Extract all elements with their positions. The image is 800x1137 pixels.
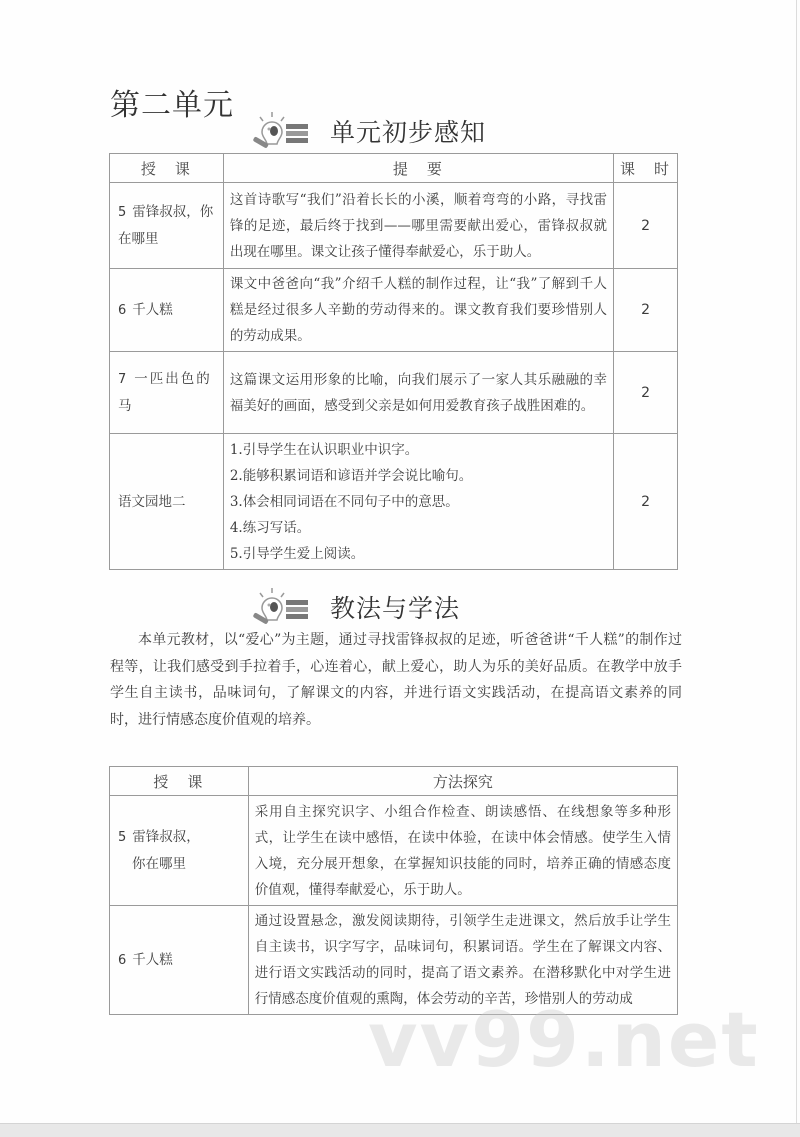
intro-paragraph: 本单元教材，以“爱心”为主题，通过寻找雷锋叔叔的足迹，听爸爸讲“千人糕”的制作过… [110, 627, 682, 733]
document-page: 第二单元 单元初步感知 授 课 提 要 课 时 5雷锋叔叔，你在哪里 这首诗歌写… [0, 0, 797, 1123]
lesson-number: 6 [118, 303, 126, 318]
lesson-title: 千人糕 [132, 302, 173, 318]
table-header-row: 授 课 方法探究 [110, 767, 678, 796]
header-method: 方法探究 [248, 767, 677, 796]
lesson-cell: 5雷锋叔叔， 你在哪里 [110, 796, 249, 906]
lesson-cell: 6千人糕 [110, 906, 249, 1015]
lightbulb-books-icon [250, 586, 312, 628]
lesson-number: 7 [118, 372, 128, 387]
section-heading-methods: 教法与学法 [250, 586, 460, 628]
lesson-cell: 5雷锋叔叔，你在哪里 [110, 183, 224, 269]
header-lesson: 授 课 [110, 767, 249, 796]
header-lesson: 授 课 [110, 154, 224, 183]
hours-cell: 2 [614, 269, 678, 352]
method-cell: 采用自主探究识字、小组合作检查、朗读感悟、在线想象等多种形式，让学生在读中感悟，… [248, 796, 677, 906]
lesson-number: 5 [118, 205, 126, 220]
lesson-number: 5 [118, 830, 126, 845]
watermark: vv99.net [368, 995, 760, 1084]
unit-title: 第二单元 [110, 80, 234, 124]
lesson-title-cont: 你在哪里 [118, 851, 248, 877]
unit-overview-table: 授 课 提 要 课 时 5雷锋叔叔，你在哪里 这首诗歌写“我们”沿着长长的小溪，… [109, 153, 678, 570]
lesson-title: 雷锋叔叔，你在哪里 [118, 204, 213, 247]
section-heading-overview: 单元初步感知 [250, 110, 486, 152]
objectives-cell: 1.引导学生在认识职业中识字。 2.能够积累词语和谚语并学会说比喻句。 3.体会… [223, 434, 613, 570]
objective-item: 2.能够积累词语和谚语并学会说比喻句。 [230, 463, 607, 489]
lesson-title: 千人糕 [132, 952, 173, 968]
table-row: 6千人糕 课文中爸爸向“我”介绍千人糕的制作过程，让“我”了解到千人糕是经过很多… [110, 269, 678, 352]
hours-cell: 2 [614, 434, 678, 570]
hours-cell: 2 [614, 352, 678, 434]
table-row: 7一匹出色的马 这篇课文运用形象的比喻，向我们展示了一家人其乐融融的幸福美好的画… [110, 352, 678, 434]
table-row: 语文园地二 1.引导学生在认识职业中识字。 2.能够积累词语和谚语并学会说比喻句… [110, 434, 678, 570]
section-title: 教法与学法 [330, 589, 460, 625]
summary-cell: 课文中爸爸向“我”介绍千人糕的制作过程，让“我”了解到千人糕是经过很多人辛勤的劳… [223, 269, 613, 352]
page-bottom-edge [0, 1123, 800, 1137]
lesson-title: 雷锋叔叔， [132, 829, 200, 845]
lesson-cell: 7一匹出色的马 [110, 352, 224, 434]
table-row: 5雷锋叔叔，你在哪里 这首诗歌写“我们”沿着长长的小溪，顺着弯弯的小路，寻找雷锋… [110, 183, 678, 269]
summary-cell: 这篇课文运用形象的比喻，向我们展示了一家人其乐融融的幸福美好的画面，感受到父亲是… [223, 352, 613, 434]
lesson-number: 6 [118, 953, 126, 968]
lesson-cell: 6千人糕 [110, 269, 224, 352]
objective-item: 5.引导学生爱上阅读。 [230, 541, 607, 567]
objective-item: 3.体会相同词语在不同句子中的意思。 [230, 489, 607, 515]
section-title: 单元初步感知 [330, 113, 486, 149]
summary-cell: 这首诗歌写“我们”沿着长长的小溪，顺着弯弯的小路，寻找雷锋的足迹，最后终于找到—… [223, 183, 613, 269]
objective-item: 1.引导学生在认识职业中识字。 [230, 437, 607, 463]
header-summary: 提 要 [223, 154, 613, 183]
lesson-cell: 语文园地二 [110, 434, 224, 570]
table-header-row: 授 课 提 要 课 时 [110, 154, 678, 183]
lesson-title: 一匹出色的马 [118, 371, 212, 414]
lightbulb-books-icon [250, 110, 312, 152]
table-row: 5雷锋叔叔， 你在哪里 采用自主探究识字、小组合作检查、朗读感悟、在线想象等多种… [110, 796, 678, 906]
objective-item: 4.练习写话。 [230, 515, 607, 541]
hours-cell: 2 [614, 183, 678, 269]
teaching-methods-table: 授 课 方法探究 5雷锋叔叔， 你在哪里 采用自主探究识字、小组合作检查、朗读感… [109, 766, 678, 1015]
header-hours: 课 时 [614, 154, 678, 183]
